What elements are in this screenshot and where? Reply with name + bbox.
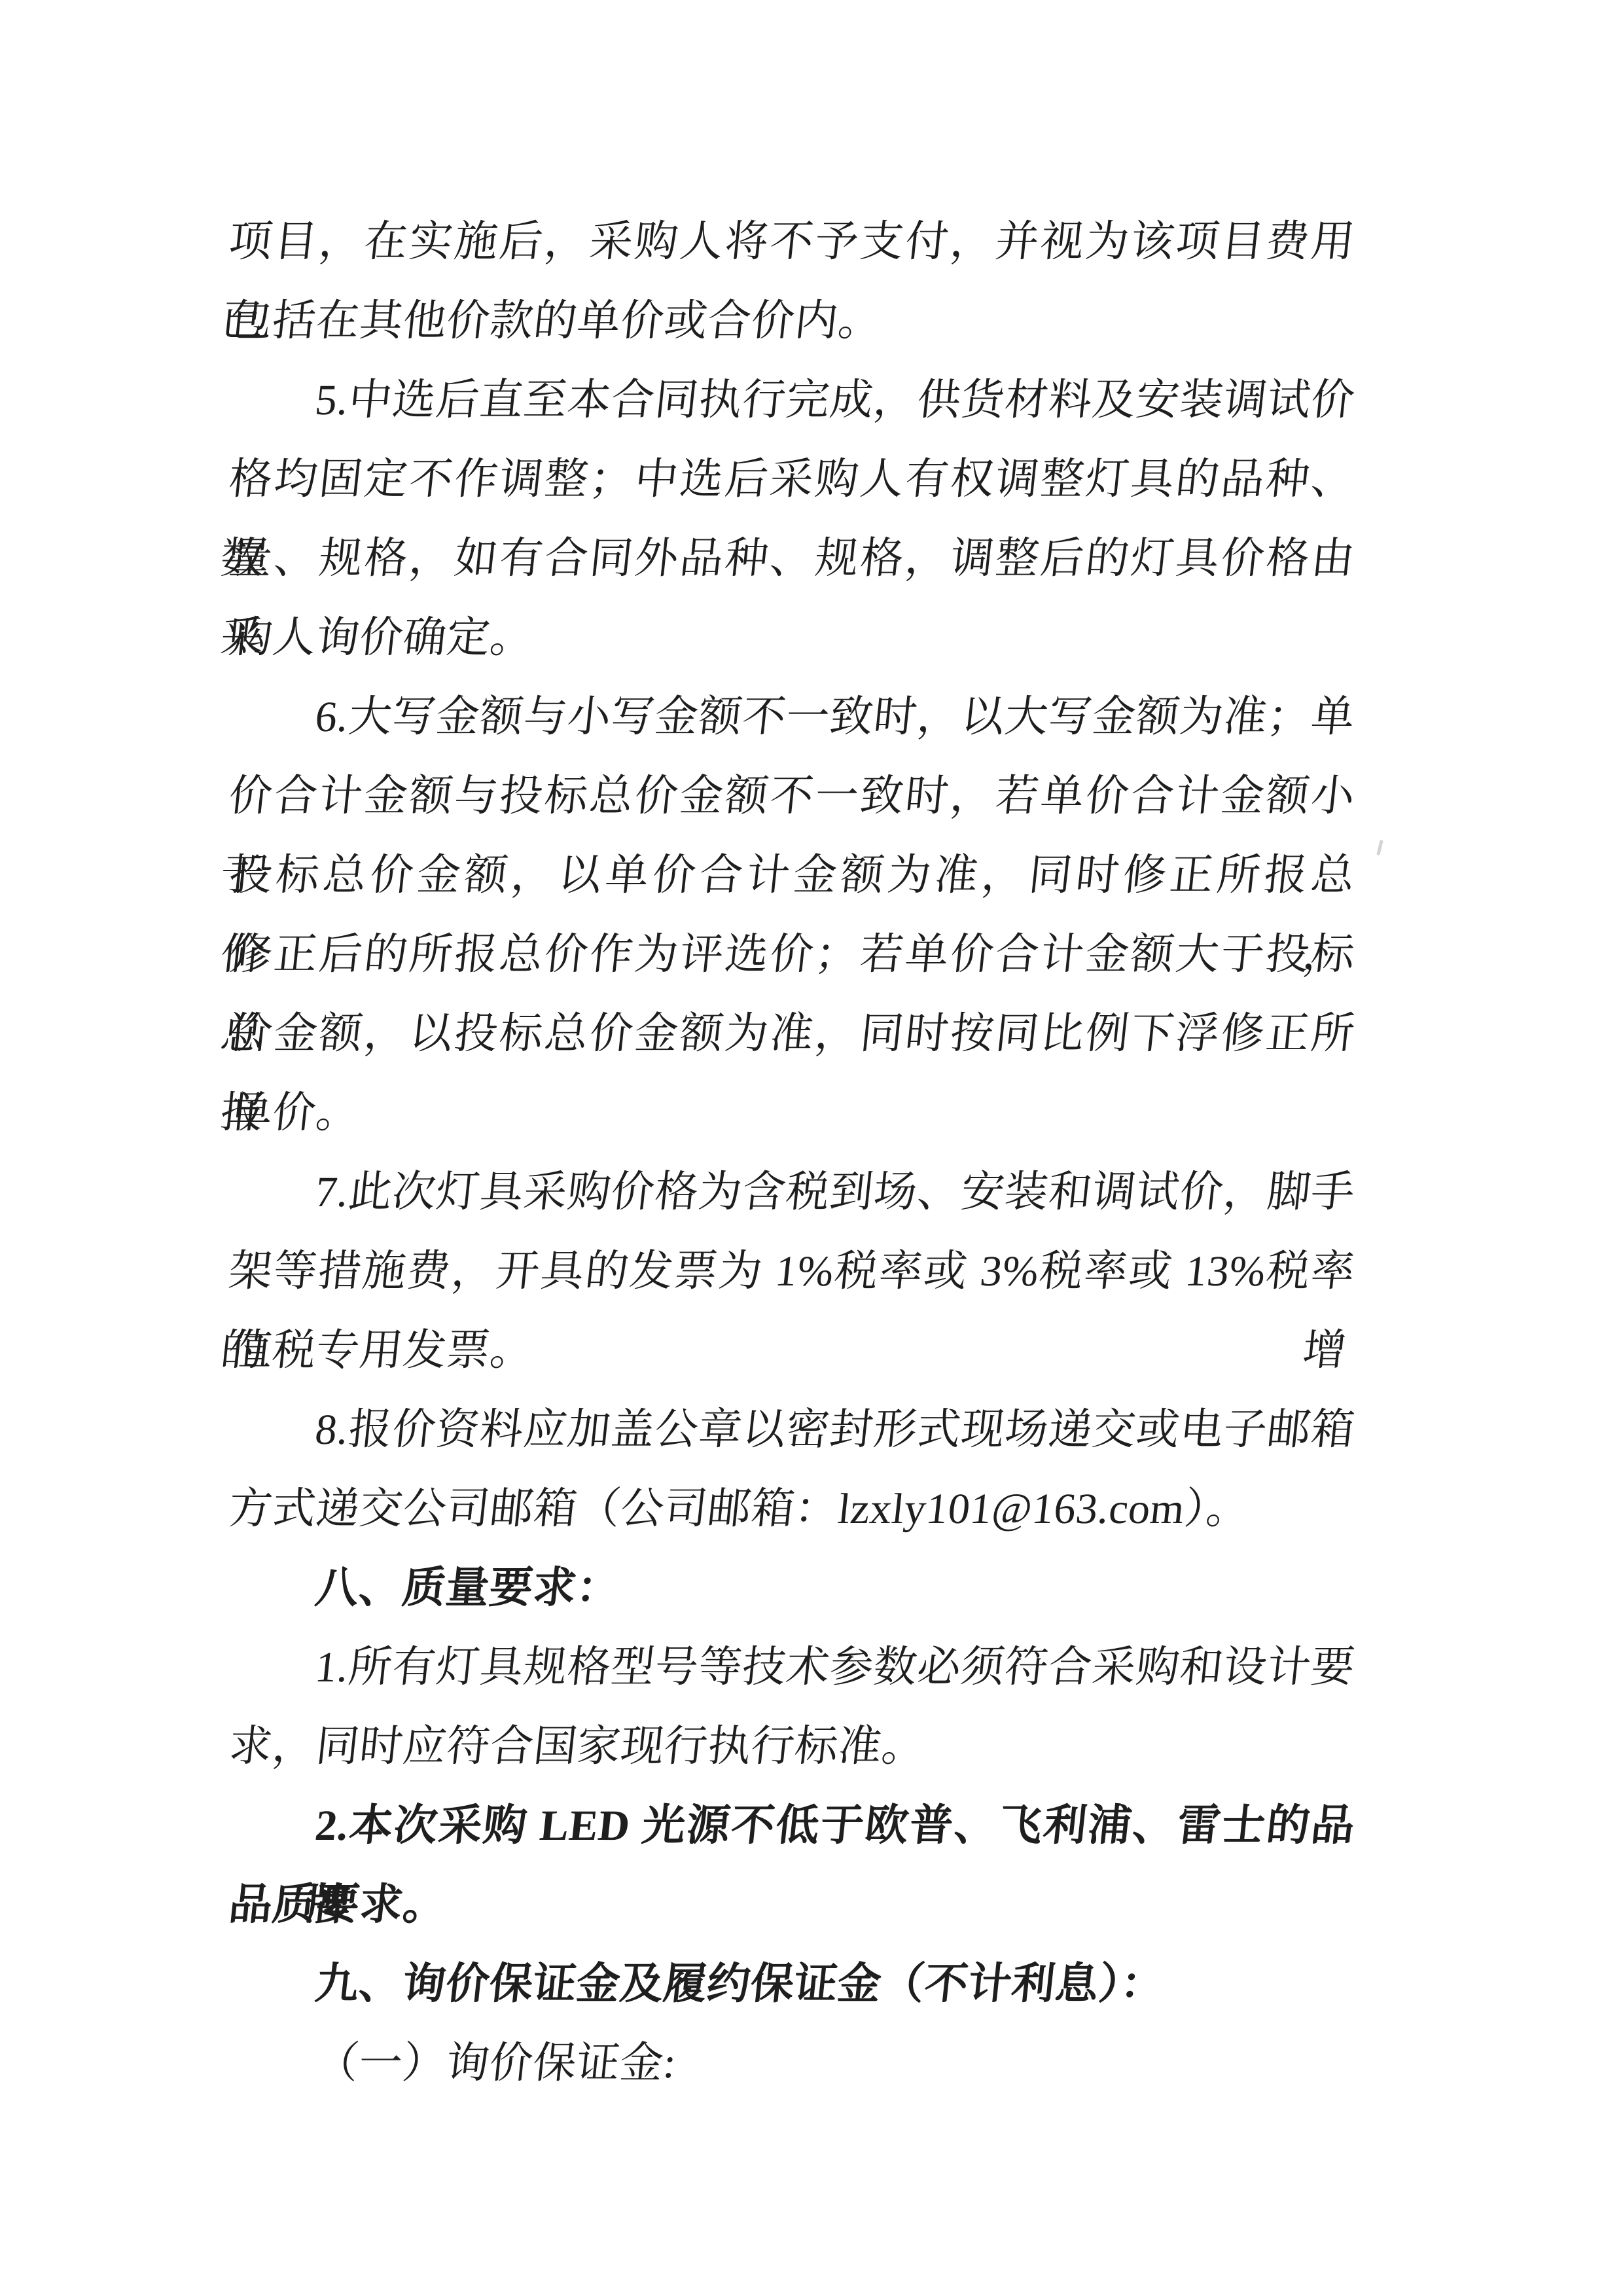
text-line: 8.报价资料应加盖公章以密封形式现场递交或电子邮箱	[225, 1390, 1359, 1469]
document-page: 项目，在实施后，采购人将不予支付，并视为该项目费用已包括在其他价款的单价或合价内…	[0, 0, 1623, 2296]
text-line: 品质要求。	[225, 1865, 1359, 1945]
text-line: 格均固定不作调整；中选后采购人有权调整灯具的品种、数	[225, 440, 1359, 519]
text-line: 单价。	[225, 1073, 1359, 1153]
text-line: 九、询价保证金及履约保证金（不计利息）：	[225, 1945, 1359, 2024]
text-line: 八、质量要求：	[225, 1549, 1359, 1628]
text-line: 5.中选后直至本合同执行完成，供货材料及安装调试价	[225, 361, 1359, 440]
text-line: 修正后的所报总价作为评选价；若单价合计金额大于投标总	[225, 915, 1359, 994]
text-line: 价合计金额与投标总价金额不一致时，若单价合计金额小于	[225, 757, 1359, 836]
text-line: （一）询价保证金:	[225, 2024, 1359, 2103]
text-line: 架等措施费，开具的发票为 1%税率或 3%税率或 13%税率的增	[225, 1232, 1359, 1311]
text-line: 7.此次灯具采购价格为含税到场、安装和调试价，脚手	[225, 1153, 1359, 1232]
text-line: 投标总价金额，以单价合计金额为准，同时修正所报总价，	[225, 836, 1359, 915]
text-line: 价金额，以投标总价金额为准，同时按同比例下浮修正所报	[225, 994, 1359, 1073]
document-body: 项目，在实施后，采购人将不予支付，并视为该项目费用已包括在其他价款的单价或合价内…	[229, 202, 1355, 2103]
text-line: 量、规格，如有合同外品种、规格，调整后的灯具价格由采	[225, 519, 1359, 598]
text-line: 值税专用发票。	[225, 1311, 1359, 1390]
text-line: 6.大写金额与小写金额不一致时，以大写金额为准；单	[225, 677, 1359, 757]
scan-artifact	[1376, 840, 1383, 855]
text-line: 2.本次采购 LED 光源不低于欧普、飞利浦、雷士的品牌	[225, 1786, 1359, 1865]
text-line: 购人询价确定。	[225, 598, 1359, 677]
text-line: 包括在其他价款的单价或合价内。	[225, 281, 1359, 361]
text-line: 项目，在实施后，采购人将不予支付，并视为该项目费用已	[225, 202, 1359, 281]
text-line: 求，同时应符合国家现行执行标准。	[225, 1707, 1359, 1786]
text-line: 1.所有灯具规格型号等技术参数必须符合采购和设计要	[225, 1628, 1359, 1707]
text-line: 方式递交公司邮箱（公司邮箱：lzxly101@163.com）。	[225, 1469, 1359, 1549]
